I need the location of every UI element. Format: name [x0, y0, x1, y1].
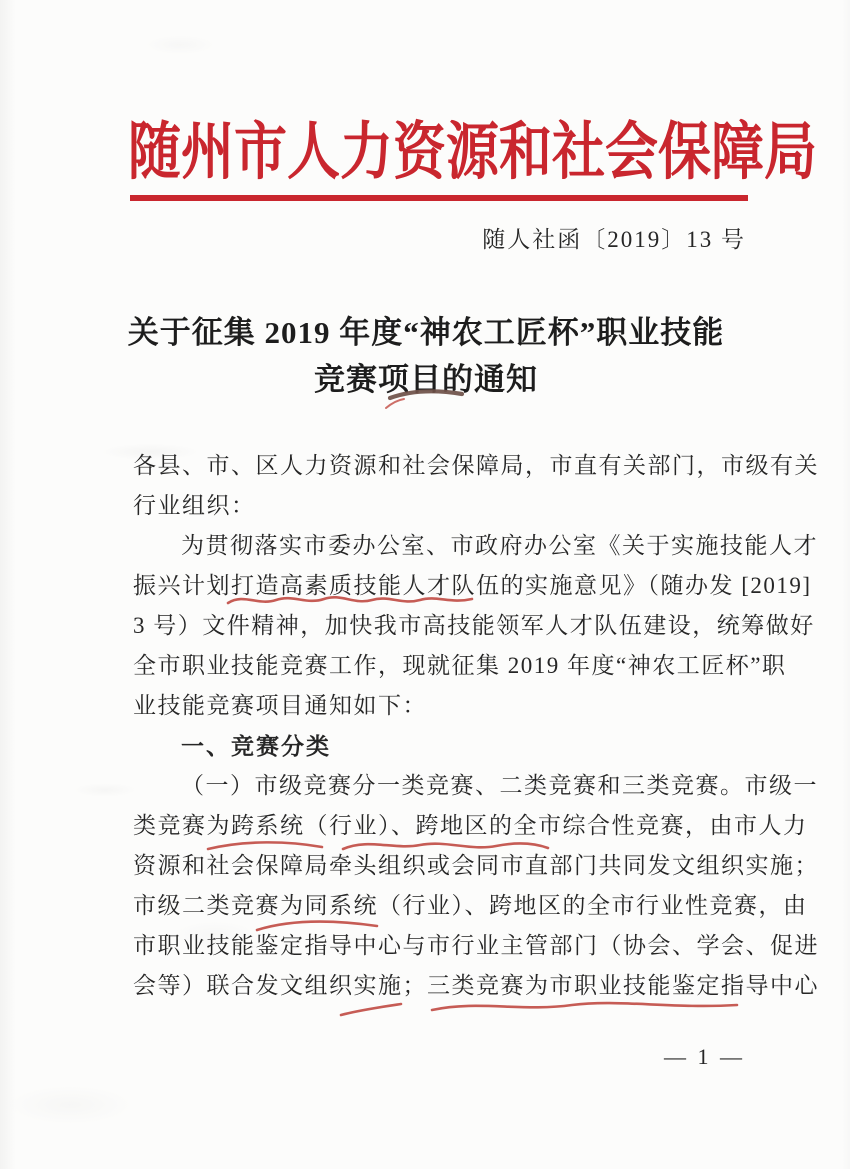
bureau-name: 随州市人力资源和社会保障局 — [128, 102, 748, 192]
body-line: 会等）联合发文组织实施；三类竞赛为市职业技能鉴定指导中心 — [133, 966, 749, 1006]
document-title: 关于征集 2019 年度“神农工匠杯”职业技能 竞赛项目的通知 — [110, 309, 742, 403]
body-line: 市级二类竞赛为同系统（行业）、跨地区的全市行业性竞赛，由 — [133, 886, 749, 926]
body-line: 资源和社会保障局牵头组织或会同市直部门共同发文组织实施； — [133, 846, 749, 886]
document-page: 随州市人力资源和社会保障局 随人社函〔2019〕13 号 关于征集 2019 年… — [0, 0, 850, 1169]
body-line: 业技能竞赛项目通知如下： — [133, 686, 749, 726]
body-line: 3 号）文件精神，加快我市高技能领军人才队伍建设，统筹做好 — [133, 606, 749, 646]
body-line: 振兴计划打造高素质技能人才队伍的实施意见》（随办发 [2019] — [133, 566, 749, 606]
header-divider-line — [130, 195, 748, 201]
body-line: 全市职业技能竞赛工作，现就征集 2019 年度“神农工匠杯”职 — [133, 646, 749, 686]
page-number: — 1 — — [664, 1044, 745, 1070]
body-line: 各县、市、区人力资源和社会保障局，市直有关部门，市级有关 — [133, 446, 749, 486]
document-body: 各县、市、区人力资源和社会保障局，市直有关部门，市级有关行业组织：为贯彻落实市委… — [133, 446, 749, 1006]
title-line-2: 竞赛项目的通知 — [110, 356, 742, 403]
body-line: 为贯彻落实市委办公室、市政府办公室《关于实施技能人才 — [133, 526, 749, 566]
body-line: 市职业技能鉴定指导中心与市行业主管部门（协会、学会、促进 — [133, 926, 749, 966]
body-line: 类竞赛为跨系统（行业）、跨地区的全市综合性竞赛，由市人力 — [133, 806, 749, 846]
title-line-1: 关于征集 2019 年度“神农工匠杯”职业技能 — [110, 309, 742, 356]
body-line: 行业组织： — [133, 486, 749, 526]
body-line: （一）市级竞赛分一类竞赛、二类竞赛和三类竞赛。市级一 — [133, 766, 749, 806]
body-line: 一、竞赛分类 — [133, 726, 749, 766]
doc-number: 随人社函〔2019〕13 号 — [130, 221, 746, 254]
